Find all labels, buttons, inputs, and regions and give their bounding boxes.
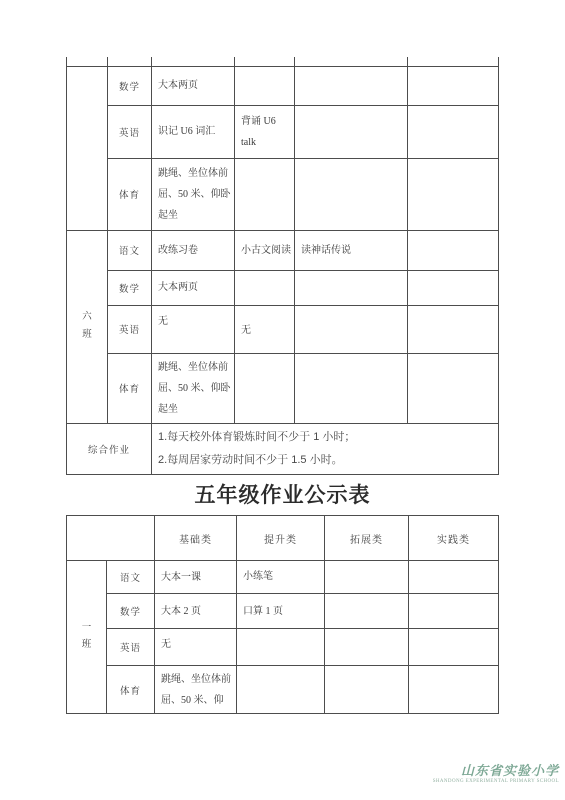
basic-cell <box>152 57 235 66</box>
practice-cell <box>408 57 499 66</box>
subject-cell: 英语 <box>108 305 152 353</box>
class-cell: 一 班 <box>67 561 107 714</box>
table-row: 六 班 语文 改练习卷 小古文阅读 读神话传说 <box>67 230 499 270</box>
expand-cell <box>295 353 408 423</box>
school-logo: 山东省实验小学 SHANDONG EXPERIMENTAL PRIMARY SC… <box>433 765 559 785</box>
expand-cell <box>295 270 408 305</box>
basic-cell: 大本两页 <box>152 66 235 105</box>
expand-cell <box>325 629 409 666</box>
subject-cell: 数学 <box>107 594 155 629</box>
class-cell: 六 班 <box>67 230 108 423</box>
basic-cell: 大本 2 页 <box>155 594 237 629</box>
basic-cell: 无 <box>152 305 235 353</box>
expand-cell <box>295 66 408 105</box>
practice-cell <box>409 594 499 629</box>
table-row: 数学 大本两页 <box>67 66 499 105</box>
practice-cell <box>408 66 499 105</box>
practice-cell <box>408 353 499 423</box>
improve-cell <box>237 629 325 666</box>
summary-content-cell: 1.每天校外体育锻炼时间不少于 1 小时； 2.每周居家劳动时间不少于 1.5 … <box>152 423 499 474</box>
subject-cell: 体育 <box>108 353 152 423</box>
improve-cell: 背诵 U6 talk <box>235 105 295 158</box>
basic-cell: 大本两页 <box>152 270 235 305</box>
subject-cell: 语文 <box>108 230 152 270</box>
table-row: 体育 跳绳、坐位体前屈、50 米、仰卧起坐 <box>67 158 499 230</box>
table-header-row: 基础类 提升类 拓展类 实践类 <box>67 516 499 561</box>
table-row: 数学 大本 2 页 口算 1 页 <box>67 594 499 629</box>
summary-line-1: 1.每天校外体育锻炼时间不少于 1 小时； <box>158 426 494 449</box>
practice-cell <box>408 158 499 230</box>
practice-cell <box>409 666 499 714</box>
expand-cell <box>325 561 409 594</box>
basic-cell: 无 <box>155 629 237 666</box>
improve-cell <box>237 666 325 714</box>
improve-cell: 无 <box>235 305 295 353</box>
header-improve: 提升类 <box>237 516 325 561</box>
table-row: 英语 无 无 <box>67 305 499 353</box>
table-row: 数学 大本两页 <box>67 270 499 305</box>
header-practice: 实践类 <box>409 516 499 561</box>
homework-table-continued: 数学 大本两页 英语 识记 U6 词汇 背诵 U6 talk 体育 跳绳、坐位体… <box>66 57 499 475</box>
practice-cell <box>408 305 499 353</box>
table-row: 体育 跳绳、坐位体前屈、50 米、仰 <box>67 666 499 714</box>
document-page: 数学 大本两页 英语 识记 U6 词汇 背诵 U6 talk 体育 跳绳、坐位体… <box>0 0 565 800</box>
subject-cell: 英语 <box>107 629 155 666</box>
expand-cell <box>325 594 409 629</box>
class-cell <box>67 66 108 230</box>
expand-cell <box>325 666 409 714</box>
expand-cell <box>295 305 408 353</box>
practice-cell <box>408 230 499 270</box>
table-row-sliver <box>67 57 499 66</box>
table-row-summary: 综合作业 1.每天校外体育锻炼时间不少于 1 小时； 2.每周居家劳动时间不少于… <box>67 423 499 474</box>
table-row: 英语 识记 U6 词汇 背诵 U6 talk <box>67 105 499 158</box>
corner-cell <box>67 516 155 561</box>
improve-cell: 小练笔 <box>237 561 325 594</box>
table-row: 一 班 语文 大本一课 小练笔 <box>67 561 499 594</box>
basic-cell: 大本一课 <box>155 561 237 594</box>
improve-cell <box>235 353 295 423</box>
expand-cell <box>295 158 408 230</box>
expand-cell: 读神话传说 <box>295 230 408 270</box>
expand-cell <box>295 105 408 158</box>
summary-label-cell: 综合作业 <box>67 423 152 474</box>
grade5-homework-table: 基础类 提升类 拓展类 实践类 一 班 语文 大本一课 小练笔 数学 大本 2 … <box>66 515 499 714</box>
improve-cell <box>235 158 295 230</box>
header-basic: 基础类 <box>155 516 237 561</box>
table-row: 体育 跳绳、坐位体前屈、50 米、仰卧起坐 <box>67 353 499 423</box>
subject-cell: 语文 <box>107 561 155 594</box>
practice-cell <box>409 629 499 666</box>
practice-cell <box>408 105 499 158</box>
header-expand: 拓展类 <box>325 516 409 561</box>
expand-cell <box>295 57 408 66</box>
school-logo-subtitle: SHANDONG EXPERIMENTAL PRIMARY SCHOOL <box>433 779 559 785</box>
basic-cell: 识记 U6 词汇 <box>152 105 235 158</box>
practice-cell <box>408 270 499 305</box>
page-title: 五年级作业公示表 <box>0 479 565 509</box>
improve-cell <box>235 270 295 305</box>
subject-cell: 体育 <box>107 666 155 714</box>
subject-cell: 数学 <box>108 270 152 305</box>
practice-cell <box>409 561 499 594</box>
improve-cell: 小古文阅读 <box>235 230 295 270</box>
improve-cell <box>235 66 295 105</box>
summary-line-2: 2.每周居家劳动时间不少于 1.5 小时。 <box>158 449 494 472</box>
subject-cell: 体育 <box>108 158 152 230</box>
basic-cell: 跳绳、坐位体前屈、50 米、仰卧起坐 <box>152 158 235 230</box>
basic-cell: 跳绳、坐位体前屈、50 米、仰 <box>155 666 237 714</box>
basic-cell: 跳绳、坐位体前屈、50 米、仰卧起坐 <box>152 353 235 423</box>
class-cell <box>67 57 108 66</box>
table-row: 英语 无 <box>67 629 499 666</box>
subject-cell: 英语 <box>108 105 152 158</box>
subject-cell: 数学 <box>108 66 152 105</box>
improve-cell: 口算 1 页 <box>237 594 325 629</box>
subject-cell <box>108 57 152 66</box>
school-logo-name: 山东省实验小学 <box>433 765 559 779</box>
improve-cell <box>235 57 295 66</box>
basic-cell: 改练习卷 <box>152 230 235 270</box>
